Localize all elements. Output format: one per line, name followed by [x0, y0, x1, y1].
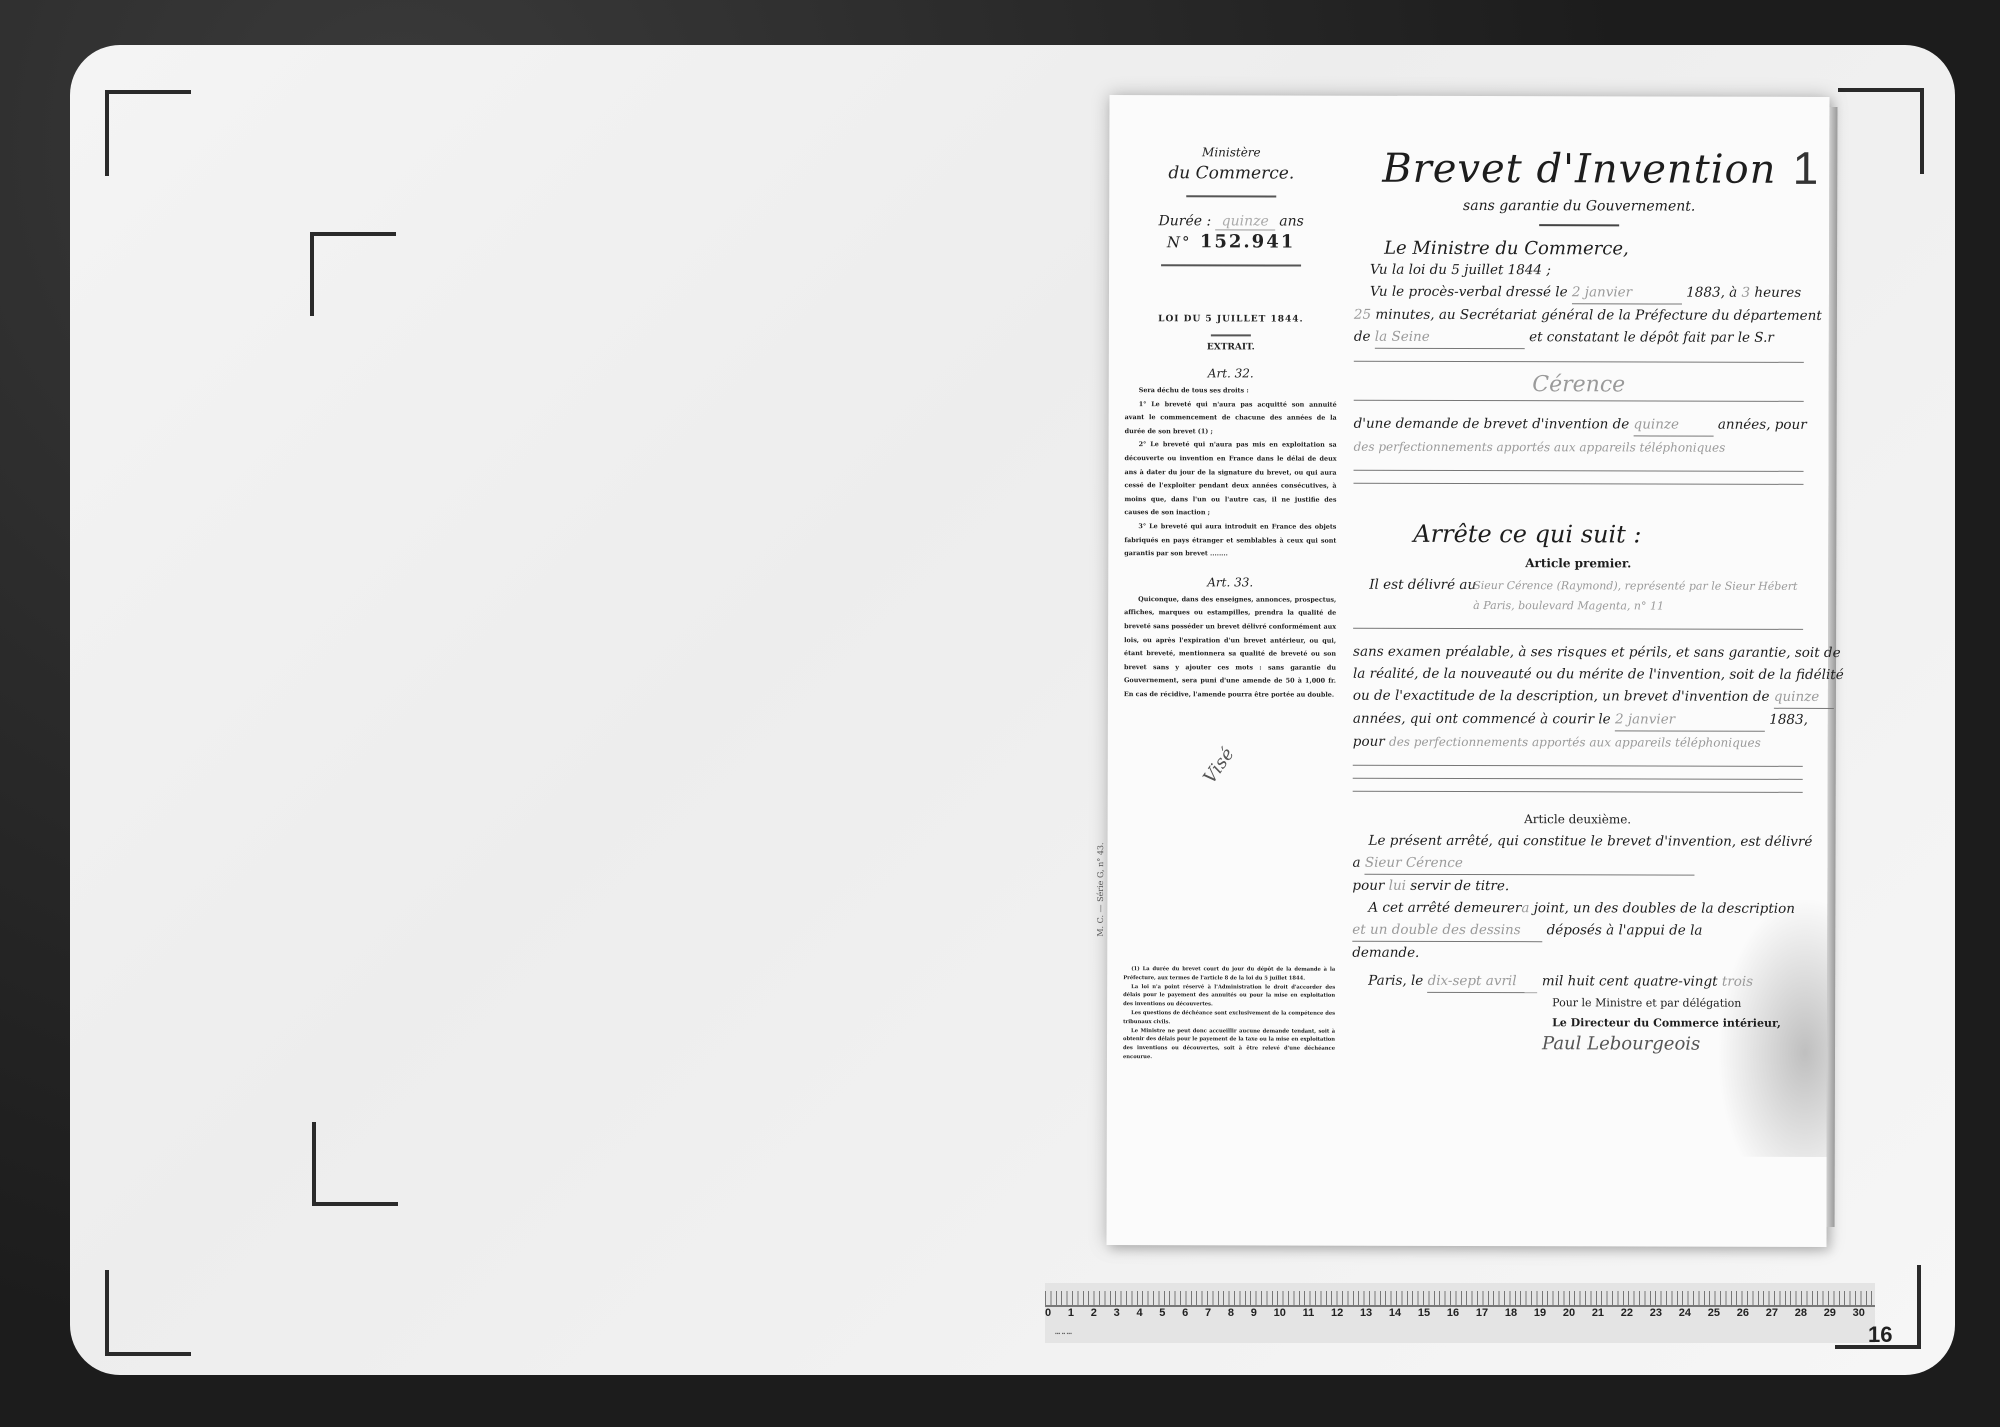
ruler-ticks: [1045, 1291, 1875, 1307]
art1-start-prefix: années, qui ont commencé à courir le: [1353, 711, 1611, 728]
ruler-label: 4: [1136, 1307, 1142, 1319]
article-33-text: Quiconque, dans des enseignes, annonces,…: [1124, 593, 1336, 702]
art1-invention-handwritten: des perfectionnements apportés aux appar…: [1389, 735, 1761, 750]
article-32-text: Sera déchu de tous ses droits : 1° Le br…: [1124, 384, 1336, 561]
art1-start-handwritten: 2 janvier: [1615, 708, 1765, 731]
blank-line: [1353, 778, 1803, 780]
pv-hour-handwritten: 3: [1742, 285, 1751, 301]
ruler-label: 15: [1418, 1307, 1430, 1319]
signature-block: Pour le Ministre et par délégation Le Di…: [1552, 993, 1802, 1034]
ruler-label: 6: [1182, 1307, 1188, 1319]
crop-mark-bottom-left: [105, 1270, 191, 1356]
pv-depot-text: et constatant le dépôt fait par le S.r: [1529, 329, 1774, 346]
ruler-label: 0: [1045, 1307, 1051, 1319]
ruler-label: 13: [1360, 1307, 1372, 1319]
paris-suffix: mil huit cent quatre-vingt: [1542, 973, 1718, 989]
paragraph: Sera déchu de tous ses droits :: [1125, 384, 1337, 398]
ruler-label: 19: [1534, 1307, 1546, 1319]
article-32-heading: Art. 32.: [1125, 366, 1337, 381]
pv-prefix: Vu le procès-verbal dressé le: [1370, 284, 1568, 301]
ruler-label: 9: [1251, 1307, 1257, 1319]
art1-start-line: années, qui ont commencé à courir le 2 j…: [1353, 708, 1803, 732]
ruler-label: 11: [1303, 1307, 1315, 1319]
invention-title-handwritten: des perfectionnements apportés aux appar…: [1354, 436, 1804, 459]
blank-line: [1353, 791, 1803, 793]
art2-line4-handwritten: a: [1521, 900, 1529, 916]
paris-date-handwritten: dix-sept avril: [1428, 970, 1538, 993]
ruler-label: 23: [1650, 1307, 1662, 1319]
blank-line: [1353, 765, 1803, 767]
art2-titre-line: pour lui servir de titre.: [1352, 875, 1802, 898]
number-prefix: N°: [1167, 233, 1192, 251]
ruler-label: 1: [1068, 1307, 1074, 1319]
form-code: M. C. — Série G, n° 43.: [1096, 842, 1105, 936]
art2-line4-suffix: joint, un des doubles de la description: [1534, 900, 1795, 917]
blank-line: [1353, 483, 1803, 485]
demande-years-handwritten: quinze: [1634, 413, 1714, 436]
art2-line5: et un double des dessins déposés à l'app…: [1352, 919, 1802, 943]
pv-heure: heures: [1754, 285, 1801, 301]
art2-line5-handwritten: et un double des dessins: [1352, 919, 1542, 942]
ruler-labels: 0 1 2 3 4 5 6 7 8 9 10 11 12 13 14 15 16…: [1045, 1307, 1865, 1319]
duration-field: Durée : quinze ans: [1125, 213, 1337, 230]
art1-years-handwritten: quinze: [1774, 686, 1834, 709]
crop-mark-top-right: [1838, 88, 1924, 174]
ruler-label: 24: [1679, 1307, 1691, 1319]
ruler-label: 21: [1592, 1307, 1604, 1319]
number-value: 152.941: [1200, 231, 1295, 252]
pv-dept-prefix: de: [1354, 329, 1371, 345]
ruler-label: 10: [1274, 1307, 1286, 1319]
divider: [1161, 264, 1301, 266]
art1-pour: pour: [1353, 734, 1385, 750]
pv-dept-handwritten: la Seine: [1375, 326, 1525, 349]
paragraph: 2° Le breveté qui n'aura pas mis en expl…: [1124, 438, 1336, 520]
pv-minutes-text: minutes, au Secrétariat général de la Pr…: [1375, 307, 1821, 324]
proces-verbal-line: Vu le procès-verbal dressé le 2 janvier …: [1354, 281, 1804, 305]
director-signature: Paul Lebourgeois: [1542, 1033, 1802, 1055]
ruler-label: 20: [1563, 1307, 1575, 1319]
ruler-label: 17: [1476, 1307, 1488, 1319]
paragraph: 3° Le breveté qui aura introduit en Fran…: [1124, 520, 1336, 561]
pv-date-handwritten: 2 janvier: [1572, 281, 1682, 304]
paragraph: Quiconque, dans des enseignes, annonces,…: [1124, 593, 1336, 702]
art2-pour: pour: [1352, 878, 1384, 894]
blank-line: [1354, 400, 1804, 402]
pv-at: , à: [1721, 285, 1738, 301]
ruler-label: 28: [1795, 1307, 1807, 1319]
art2-demande: demande.: [1352, 942, 1802, 965]
art1-body-line: sans examen préalable, à ses risques et …: [1353, 641, 1803, 664]
sign-line1: Pour le Ministre et par délégation: [1552, 993, 1802, 1014]
duration-unit: ans: [1279, 214, 1304, 230]
ruler-label: 3: [1114, 1307, 1120, 1319]
footnote: (1) La durée du brevet court du jour du …: [1123, 965, 1335, 1062]
minister-heading: Le Ministre du Commerce,: [1384, 238, 1804, 260]
art2-lui-handwritten: lui: [1389, 878, 1406, 894]
ruler-label: 16: [1447, 1307, 1459, 1319]
demande-prefix: d'une demande de brevet d'invention de: [1354, 416, 1630, 433]
paragraph: 1° Le breveté qui n'aura pas acquitté so…: [1125, 398, 1337, 439]
paris-year-handwritten: trois: [1722, 974, 1753, 990]
footnote-paragraph: Les questions de déchéance sont exclusiv…: [1123, 1009, 1335, 1027]
main-text-column: 1 Brevet d'Invention sans garantie du Go…: [1352, 146, 1804, 1055]
vu-loi-line: Vu la loi du 5 juillet 1844 ;: [1354, 259, 1804, 282]
demande-suffix: années, pour: [1718, 417, 1807, 433]
art2-line4: A cet arrêté demeurera joint, un des dou…: [1352, 897, 1802, 920]
blank-line: [1353, 628, 1803, 630]
extract-label: EXTRAIT.: [1125, 342, 1337, 353]
plate-number: 16: [1868, 1322, 1892, 1348]
art2-line4-prefix: A cet arrêté demeurer: [1368, 900, 1521, 916]
footnote-paragraph: Le Ministre ne peut donc accueillir aucu…: [1123, 1027, 1335, 1063]
crop-mark-top-left: [105, 90, 191, 176]
pv-department-line: de la Seine et constatant le dépôt fait …: [1354, 326, 1804, 350]
ornament-rule: [1539, 224, 1619, 226]
ministry-line1: Ministère: [1125, 145, 1337, 160]
art1-body-text: ou de l'exactitude de la description, un…: [1353, 688, 1770, 705]
ruler-label: 7: [1205, 1307, 1211, 1319]
ruler-label: 14: [1389, 1307, 1401, 1319]
ruler-label: 29: [1824, 1307, 1836, 1319]
crop-mark-inner-bottom-left: [312, 1122, 398, 1206]
document-subtitle: sans garantie du Gouvernement.: [1354, 198, 1804, 215]
article-1-heading: Article premier.: [1353, 556, 1803, 571]
ruler-label: 25: [1708, 1307, 1720, 1319]
demande-line: d'une demande de brevet d'invention de q…: [1354, 413, 1804, 437]
crop-mark-inner-top-left: [310, 232, 396, 316]
ruler-label: 5: [1159, 1307, 1165, 1319]
ruler-label: 8: [1228, 1307, 1234, 1319]
vise-annotation: Visé: [1199, 744, 1238, 787]
art1-prefix: Il est délivré au: [1369, 577, 1476, 593]
ruler-label: 22: [1621, 1307, 1633, 1319]
ruler-label: 27: [1766, 1307, 1778, 1319]
pv-year: 1883: [1686, 285, 1720, 301]
art1-body-line: la réalité, de la nouveauté ou du mérite…: [1353, 663, 1803, 686]
art2-recipient-handwritten: Sieur Cérence: [1365, 852, 1695, 876]
paris-prefix: Paris, le: [1368, 973, 1423, 989]
art1-body-line: ou de l'exactitude de la description, un…: [1353, 685, 1803, 709]
patent-document-page: Ministère du Commerce. Durée : quinze an…: [1106, 95, 1829, 1247]
footnote-paragraph: (1) La durée du brevet court du jour du …: [1123, 965, 1335, 983]
footnote-paragraph: La loi n'a point réservé à l'Administrat…: [1123, 983, 1335, 1010]
measurement-ruler: 0 1 2 3 4 5 6 7 8 9 10 11 12 13 14 15 16…: [1045, 1283, 1875, 1343]
ruler-label: 30: [1853, 1307, 1865, 1319]
depositor-line: Cérence: [1354, 374, 1804, 399]
ruler-label: 12: [1331, 1307, 1343, 1319]
art2-line5-suffix: déposés à l'appui de la: [1547, 922, 1703, 938]
duration-label: Durée :: [1159, 213, 1212, 229]
left-margin-column: Ministère du Commerce. Durée : quinze an…: [1124, 145, 1337, 702]
folio-number: 1: [1793, 141, 1819, 195]
article-33-heading: Art. 33.: [1124, 575, 1336, 590]
ruler-stamp: ▪▪▪ ▪▪ ▪▪▪: [1055, 1331, 1072, 1337]
patent-number: N° 152.941: [1125, 231, 1337, 253]
divider: [1211, 334, 1251, 336]
art1-pour-line: pour des perfectionnements apportés aux …: [1353, 731, 1803, 754]
paris-date-line: Paris, le dix-sept avril mil huit cent q…: [1352, 970, 1802, 994]
arrete-heading: Arrête ce qui suit :: [1413, 520, 1803, 549]
blank-line: [1354, 361, 1804, 363]
article-2-heading: Article deuxième.: [1353, 812, 1803, 827]
blank-line: [1354, 470, 1804, 472]
depositor-handwritten: Cérence: [1532, 372, 1625, 397]
art2-a: a: [1352, 855, 1360, 871]
pv-minutes-handwritten: 25: [1354, 307, 1371, 323]
duration-value: quinze: [1216, 213, 1275, 230]
art1-start-year: 1883,: [1769, 712, 1808, 728]
pv-minutes-line: 25 minutes, au Secrétariat général de la…: [1354, 304, 1804, 327]
ruler-label: 18: [1505, 1307, 1517, 1319]
ornament-rule: [1186, 195, 1276, 197]
sign-line2: Le Directeur du Commerce intérieur,: [1552, 1013, 1802, 1034]
art2-titre: servir de titre.: [1410, 878, 1509, 894]
ruler-label: 2: [1091, 1307, 1097, 1319]
art2-line1: Le présent arrêté, qui constitue le brev…: [1353, 830, 1803, 853]
law-title: LOI DU 5 JUILLET 1844.: [1125, 314, 1337, 325]
ministry-line2: du Commerce.: [1125, 163, 1337, 184]
ruler-label: 26: [1737, 1307, 1749, 1319]
art2-recipient-line: a Sieur Cérence: [1352, 852, 1802, 876]
document-title: Brevet d'Invention: [1354, 146, 1804, 193]
